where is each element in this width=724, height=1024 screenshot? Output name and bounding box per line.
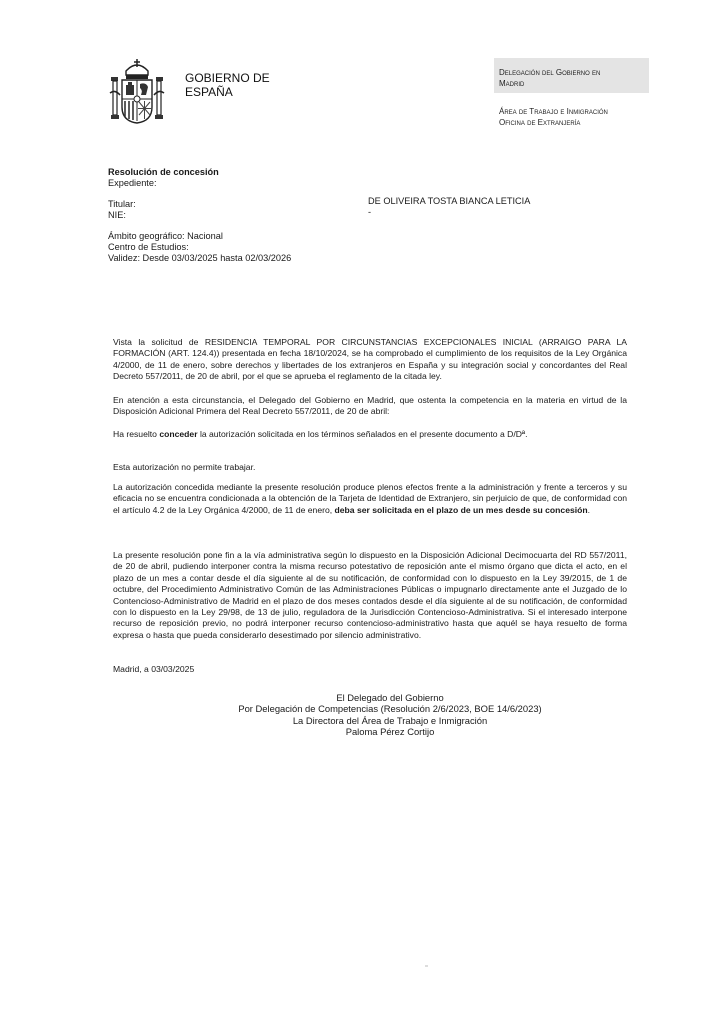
delegation-name: Delegación del Gobierno en Madrid xyxy=(499,68,600,89)
signature-block: El Delegado del Gobierno Por Delegación … xyxy=(200,692,580,738)
paragraph-solicitud: Vista la solicitud de RESIDENCIA TEMPORA… xyxy=(113,337,627,383)
gov-line-2: ESPAÑA xyxy=(185,85,270,99)
signature-line-2: Por Delegación de Competencias (Resoluci… xyxy=(200,703,580,714)
titular-value: DE OLIVEIRA TOSTA BIANCA LETICIA xyxy=(368,196,530,207)
area-office: Área de Trabajo e Inmigración Oficina de… xyxy=(499,107,608,128)
signature-line-3: La Directora del Área de Trabajo e Inmig… xyxy=(200,715,580,726)
nie-label: NIE: xyxy=(108,210,291,221)
resolution-title: Resolución de concesión xyxy=(108,167,291,178)
delegation-line-1: Delegación del Gobierno en xyxy=(499,68,600,79)
expediente-label: Expediente: xyxy=(108,178,291,189)
signature-line-1: El Delegado del Gobierno xyxy=(200,692,580,703)
resuelto-bold: conceder xyxy=(159,429,197,439)
titular-label: Titular: xyxy=(108,199,291,210)
paragraph-no-trabajar: Esta autorización no permite trabajar. xyxy=(113,462,627,473)
resuelto-post: la autorización solicitada en los términ… xyxy=(198,429,528,439)
validez: Validez: Desde 03/03/2025 hasta 02/03/20… xyxy=(108,253,291,264)
resuelto-pre: Ha resuelto xyxy=(113,429,159,439)
paragraph-recurso: La presente resolución pone fin a la vía… xyxy=(113,550,627,641)
nie-value: - xyxy=(368,207,530,218)
office-line: Oficina de Extranjería xyxy=(499,118,608,129)
resolution-metadata: Resolución de concesión Expediente: Titu… xyxy=(108,167,291,264)
paragraph-efectos: La autorización concedida mediante la pr… xyxy=(113,482,627,516)
government-name: GOBIERNO DE ESPAÑA xyxy=(185,71,270,99)
paragraph-competencia: En atención a esta circunstancia, el Del… xyxy=(113,395,627,418)
ambito-geografico: Ámbito geográfico: Nacional xyxy=(108,231,291,242)
coat-of-arms-spain-icon xyxy=(108,57,166,125)
delegation-box: Delegación del Gobierno en Madrid xyxy=(494,58,649,93)
efectos-bold: deba ser solicitada en el plazo de un me… xyxy=(335,505,588,515)
area-line: Área de Trabajo e Inmigración xyxy=(499,107,608,118)
efectos-post: . xyxy=(588,505,590,515)
gov-line-1: GOBIERNO DE xyxy=(185,71,270,85)
place-date: Madrid, a 03/03/2025 xyxy=(113,664,627,675)
signature-name: Paloma Pérez Cortijo xyxy=(200,726,580,737)
titular-values: DE OLIVEIRA TOSTA BIANCA LETICIA - xyxy=(368,196,530,218)
page-mark xyxy=(425,965,428,967)
delegation-line-2: Madrid xyxy=(499,79,600,90)
paragraph-resuelto: Ha resuelto conceder la autorización sol… xyxy=(113,429,627,440)
centro-estudios: Centro de Estudios: xyxy=(108,242,291,253)
